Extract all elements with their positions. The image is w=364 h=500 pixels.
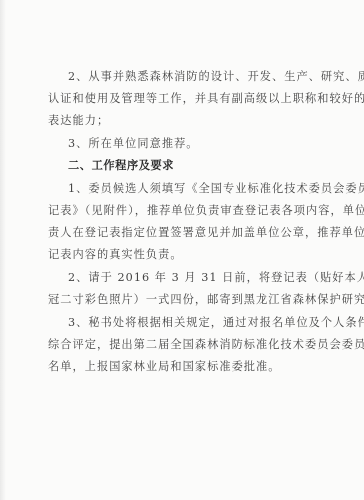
requirement-3: 3、所在单位同意推荐。 (68, 137, 336, 151)
procedure-2-line-1: 2、请于 2016 年 3 月 31 日前，将登记表（贴好本人正面免 (68, 271, 336, 285)
document-page: 2、从事并熟悉森林消防的设计、开发、生产、研究、质检、 认证和使用及管理等工作，… (0, 0, 364, 500)
section-heading-work-procedure: 二、工作程序及要求 (68, 159, 336, 173)
requirement-2-line-2: 认证和使用及管理等工作，并具有副高级以上职称和较好的文字 (48, 92, 316, 106)
procedure-1-line-4: 记表内容的真实性负责。 (48, 248, 316, 262)
procedure-1-line-1: 1、委员候选人须填写《全国专业标准化技术委员会委员登 (68, 182, 336, 196)
requirement-2-line-1: 2、从事并熟悉森林消防的设计、开发、生产、研究、质检、 (68, 70, 336, 84)
procedure-3-line-2: 综合评定，提出第二届全国森林消防标准化技术委员会委员建议 (48, 338, 316, 352)
procedure-3-line-1: 3、秘书处将根据相关规定，通过对报名单位及个人条件的 (68, 316, 336, 330)
requirement-2-line-3: 表达能力； (48, 114, 316, 128)
procedure-2-line-2: 冠二寸彩色照片）一式四份，邮寄到黑龙江省森林保护研究所。 (48, 293, 316, 307)
procedure-1-line-2: 记表》（见附件），推荐单位负责审查登记表各项内容，单位负 (48, 204, 316, 218)
scan-edge-shadow (0, 0, 6, 500)
procedure-3-line-3: 名单，上报国家林业局和国家标准委批准。 (48, 360, 316, 374)
procedure-1-line-3: 责人在登记表指定位置签署意见并加盖单位公章，推荐单位对登 (48, 226, 316, 240)
